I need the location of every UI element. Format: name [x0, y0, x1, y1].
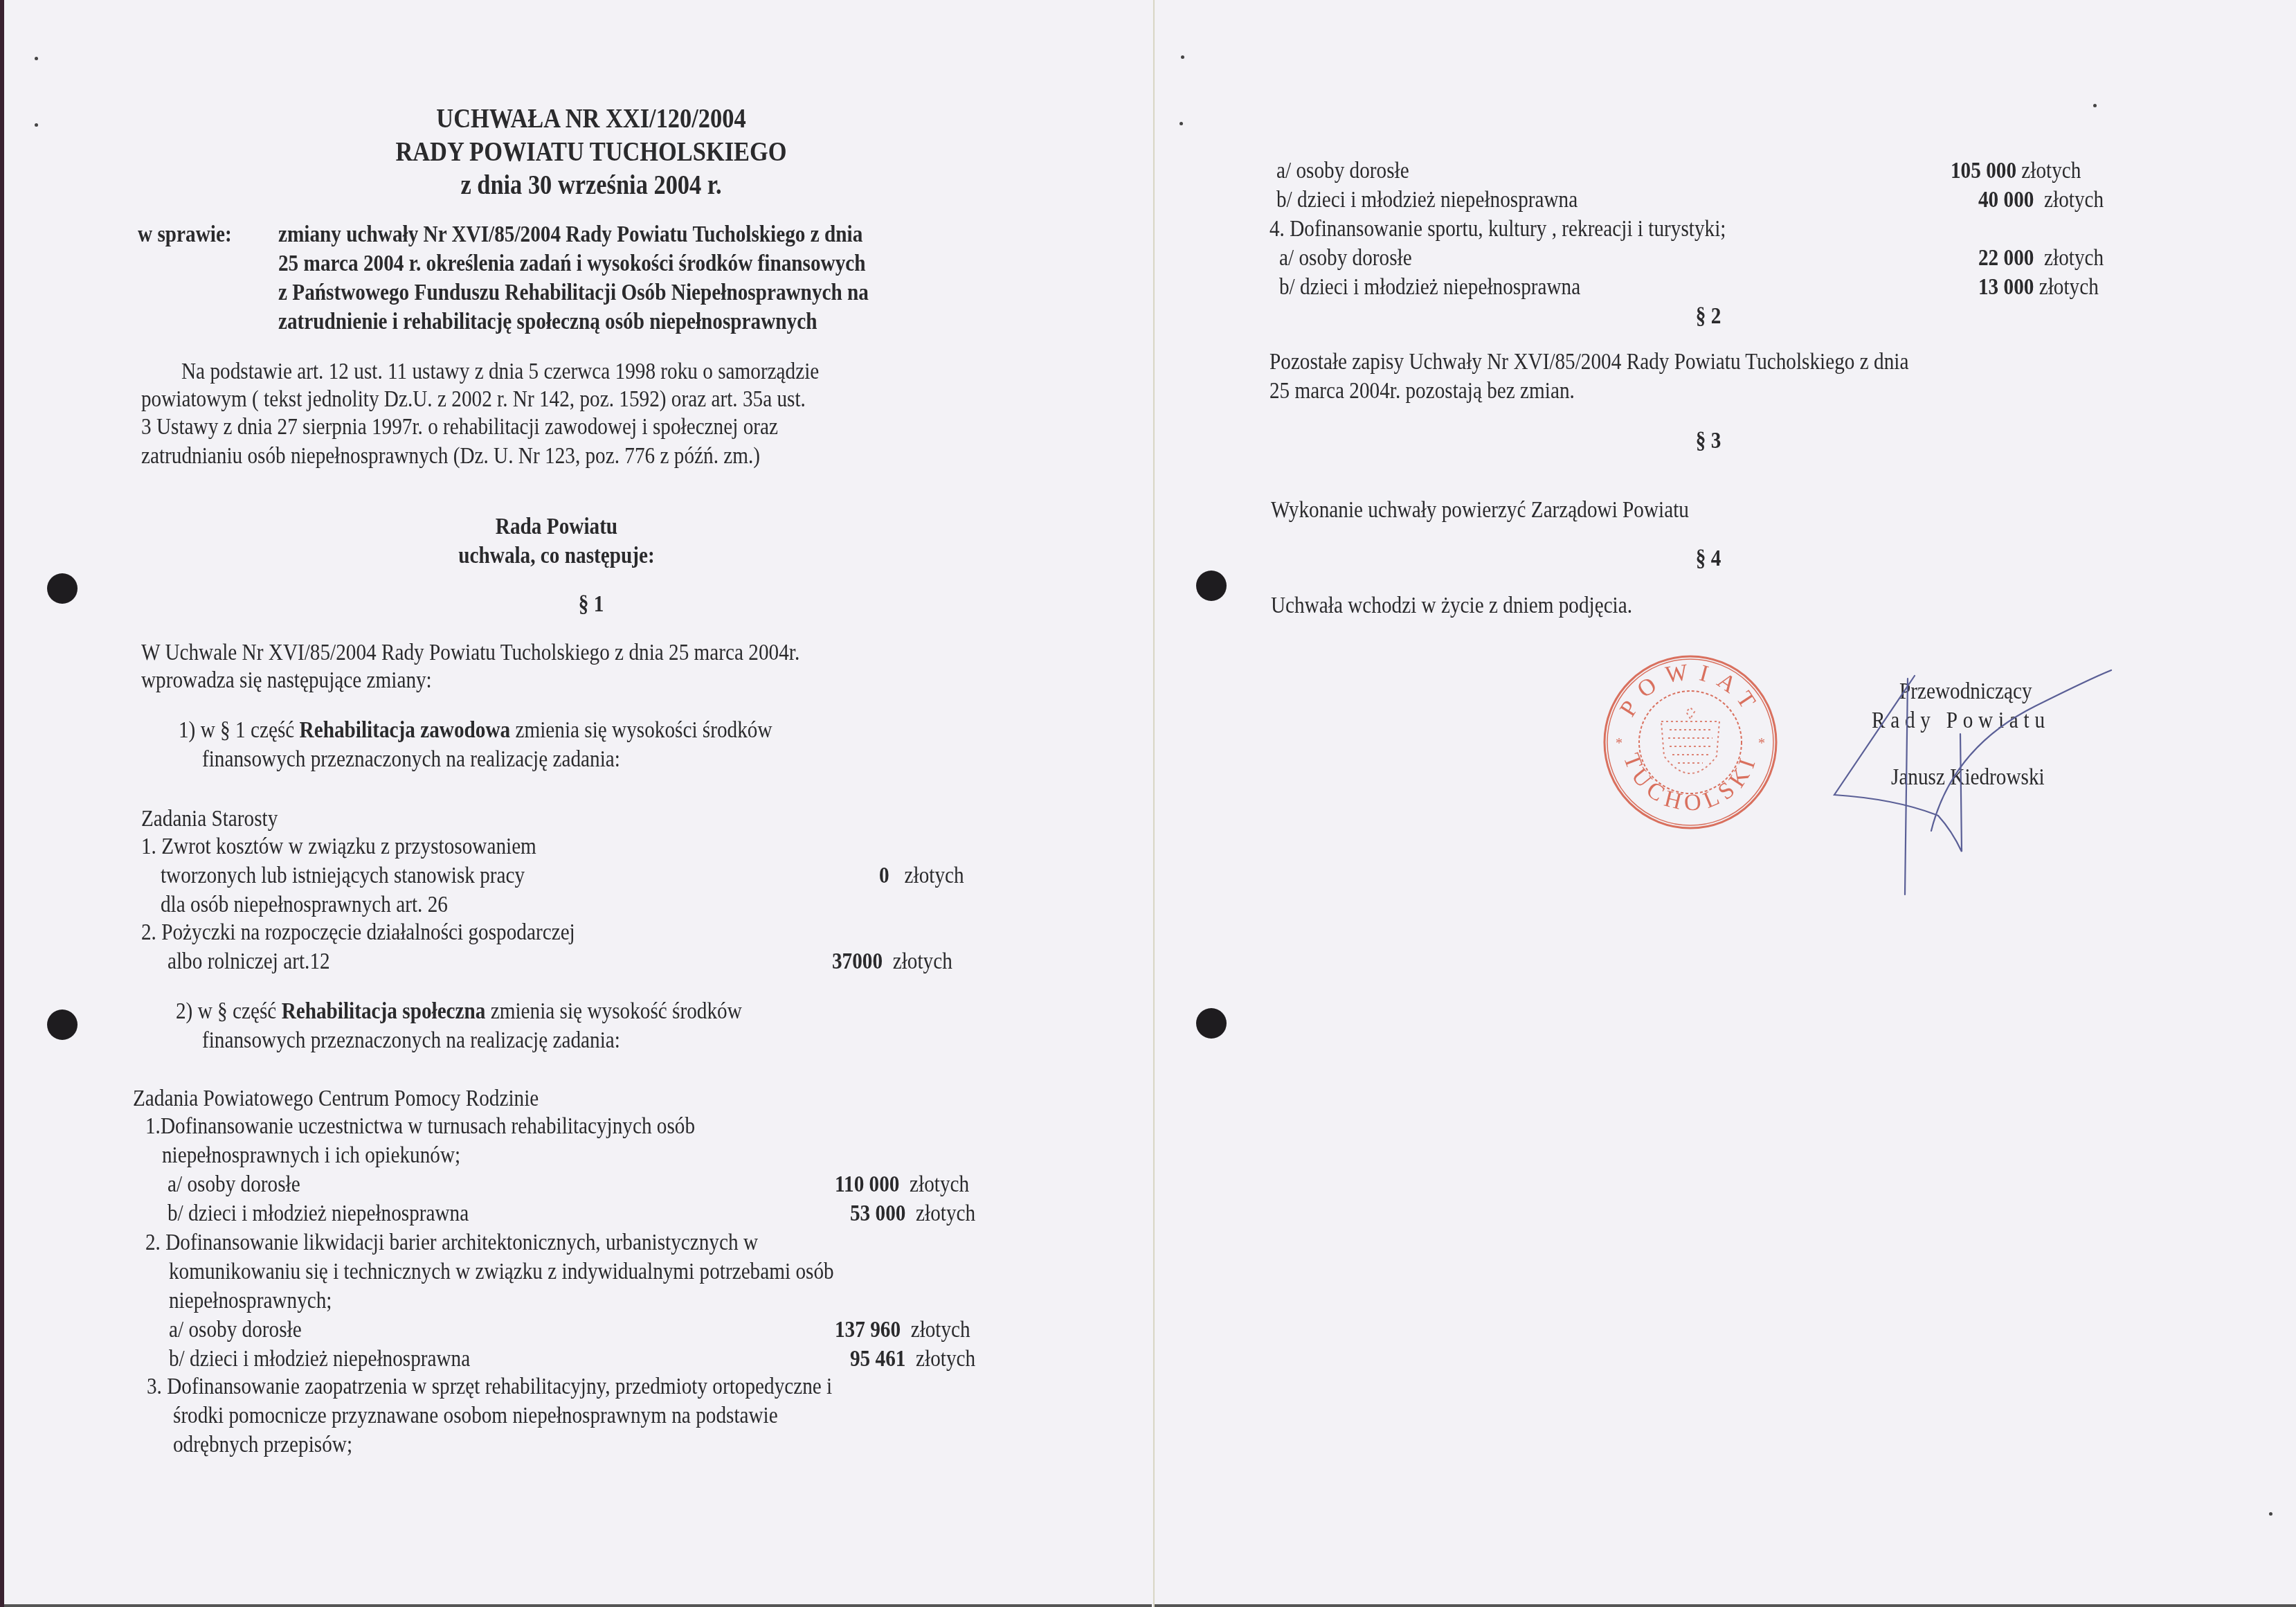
section-3-heading: § 3: [1649, 427, 1768, 456]
pcpr-item-1b: b/ dzieci i młodzież niepełnosprawna: [168, 1199, 469, 1228]
change-1-suffix: zmienia się wysokości środków: [510, 717, 772, 743]
change-2-prefix: 2) w § część: [176, 998, 282, 1024]
svg-text:*: *: [1616, 736, 1622, 751]
starosta-item-2: 2. Pożyczki na rozpoczęcie działalności …: [141, 918, 575, 947]
scan-edge: [4, 1604, 1152, 1607]
punch-hole: [47, 1009, 78, 1040]
subject-line: 25 marca 2004 r. określenia zadań i wyso…: [278, 249, 866, 278]
starosta-heading: Zadania Starosty: [141, 805, 278, 834]
svg-text:POWIAT: POWIAT: [1615, 658, 1766, 721]
starosta-item-1-amount: 0 złotych: [879, 861, 964, 890]
pcpr-heading: Zadania Powiatowego Centrum Pomocy Rodzi…: [133, 1084, 539, 1113]
resolution-issuer: RADY POWIATU TUCHOLSKIEGO: [234, 134, 948, 169]
starosta-item-1: dla osób niepełnosprawnych art. 26: [161, 890, 448, 919]
change-1-part: Rehabilitacja zawodowa: [300, 717, 511, 743]
change-1: 1) w § 1 część Rehabilitacja zawodowa zm…: [179, 716, 772, 745]
pcpr-item-2: komunikowaniu się i technicznych w związ…: [169, 1257, 834, 1286]
svg-text:*: *: [1758, 736, 1765, 751]
section-1-heading: § 1: [532, 590, 651, 619]
stamp-bottom-text: TUCHOLSKI: [1618, 750, 1762, 816]
signature-icon: [1827, 651, 2125, 900]
pcpr-item-1a-amount: 110 000 złotych: [835, 1170, 969, 1199]
section-4-heading: § 4: [1649, 544, 1768, 573]
starosta-item-1: tworzonych lub istniejących stanowisk pr…: [161, 861, 525, 890]
section-1-intro: W Uchwale Nr XVI/85/2004 Rady Powiatu Tu…: [141, 638, 799, 667]
section-1-intro: wprowadza się następujące zmiany:: [141, 666, 432, 695]
starosta-item-2-amount: 37000 złotych: [832, 947, 952, 976]
legal-basis-line: powiatowym ( tekst jednolity Dz.U. z 200…: [141, 385, 806, 414]
scan-edge: [1155, 1604, 2296, 1607]
legal-basis-line: Na podstawie art. 12 ust. 11 ustawy z dn…: [181, 357, 819, 386]
change-1-prefix: 1) w § 1 część: [179, 717, 300, 743]
punch-hole: [47, 573, 78, 604]
council-resolves: uchwala, co następuje:: [408, 541, 705, 571]
pcpr-item-4b: b/ dzieci i młodzież niepełnosprawna: [1279, 273, 1580, 302]
legal-basis-line: 3 Ustawy z dnia 27 sierpnia 1997r. o reh…: [141, 413, 778, 442]
subject-line: z Państwowego Funduszu Rehabilitacji Osó…: [278, 278, 869, 307]
pcpr-item-2: 2. Dofinansowanie likwidacji barier arch…: [145, 1228, 758, 1257]
pcpr-item-3b-amount: 40 000 złotych: [1978, 186, 2104, 215]
subject-line: zmiany uchwały Nr XVI/85/2004 Rady Powia…: [278, 220, 862, 249]
pcpr-item-3: środki pomocnicze przyznawane osobom nie…: [173, 1401, 778, 1430]
section-2-text: 25 marca 2004r. pozostają bez zmian.: [1269, 377, 1575, 406]
change-2-part: Rehabilitacja społeczna: [282, 998, 486, 1024]
subject-line: zatrudnienie i rehabilitację społeczną o…: [278, 307, 817, 336]
pcpr-item-1a: a/ osoby dorosłe: [168, 1170, 300, 1199]
punch-hole: [1196, 1008, 1227, 1039]
pcpr-item-4a: a/ osoby dorosłe: [1279, 244, 1412, 273]
resolution-number: UCHWAŁA NR XXI/120/2004: [234, 101, 948, 136]
left-page: UCHWAŁA NR XXI/120/2004 RADY POWIATU TUC…: [0, 0, 1152, 1607]
pcpr-item-3a-amount: 105 000 złotych: [1951, 156, 2081, 186]
pcpr-item-2: niepełnosprawnych;: [169, 1286, 332, 1316]
pcpr-item-2a: a/ osoby dorosłe: [169, 1316, 302, 1345]
change-2-suffix: zmienia się wysokość środków: [485, 998, 741, 1024]
stamp-top-text: POWIAT: [1615, 658, 1766, 721]
scan-speck: [1179, 122, 1183, 125]
svg-text:TUCHOLSKI: TUCHOLSKI: [1618, 750, 1762, 816]
pcpr-item-3: 3. Dofinansowanie zaopatrzenia w sprzęt …: [147, 1372, 832, 1401]
scan-speck: [1181, 55, 1184, 59]
official-stamp-icon: POWIAT TUCHOLSKI * *: [1600, 652, 1780, 832]
section-2-heading: § 2: [1649, 302, 1768, 331]
pcpr-item-4b-amount: 13 000 złotych: [1978, 273, 2099, 302]
change-2-line2: finansowych przeznaczonych na realizację…: [202, 1026, 620, 1055]
pcpr-item-2b-amount: 95 461 złotych: [850, 1345, 975, 1374]
section-3-text: Wykonanie uchwały powierzyć Zarządowi Po…: [1271, 496, 1689, 525]
pcpr-item-2a-amount: 137 960 złotych: [835, 1316, 970, 1345]
legal-basis-line: zatrudnianiu osób niepełnosprawnych (Dz.…: [141, 442, 760, 471]
pcpr-item-3: odrębnych przepisów;: [173, 1430, 352, 1460]
scan-speck: [35, 123, 38, 127]
punch-hole: [1196, 571, 1227, 601]
change-1-line2: finansowych przeznaczonych na realizację…: [202, 745, 620, 774]
pcpr-item-4a-amount: 22 000 złotych: [1978, 244, 2104, 273]
pcpr-item-1: 1.Dofinansowanie uczestnictwa w turnusac…: [145, 1112, 695, 1141]
starosta-item-2: albo rolniczej art.12: [168, 947, 330, 976]
council-heading: Rada Powiatu: [408, 512, 705, 541]
pcpr-item-2b: b/ dzieci i młodzież niepełnosprawna: [169, 1345, 470, 1374]
starosta-item-1: 1. Zwrot kosztów w związku z przystosowa…: [141, 832, 536, 861]
pcpr-item-3a: a/ osoby dorosłe: [1276, 156, 1409, 186]
eagle-emblem-icon: [1661, 708, 1719, 773]
pcpr-item-3b: b/ dzieci i młodzież niepełnosprawna: [1276, 186, 1578, 215]
pcpr-item-4: 4. Dofinansowanie sportu, kultury , rekr…: [1269, 215, 1726, 244]
section-2-text: Pozostałe zapisy Uchwały Nr XVI/85/2004 …: [1269, 348, 1908, 377]
resolution-date: z dnia 30 września 2004 r.: [234, 168, 948, 202]
subject-label: w sprawie:: [138, 220, 232, 249]
change-2: 2) w § część Rehabilitacja społeczna zmi…: [176, 997, 742, 1026]
section-4-text: Uchwała wchodzi w życie z dniem podjęcia…: [1271, 591, 1632, 620]
scan-speck: [2269, 1512, 2272, 1516]
pcpr-item-1b-amount: 53 000 złotych: [850, 1199, 975, 1228]
scan-speck: [35, 57, 38, 60]
scan-speck: [2093, 104, 2097, 107]
pcpr-item-1: niepełnosprawnych i ich opiekunów;: [162, 1141, 460, 1170]
